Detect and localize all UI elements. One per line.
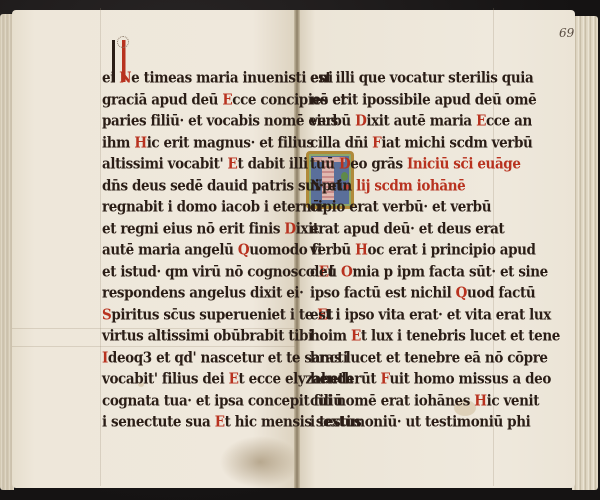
rubric-text: E [351, 327, 361, 344]
script-text: ic venit [487, 392, 539, 409]
rubric-text: D [339, 155, 350, 172]
script-text: tuū [310, 155, 339, 172]
script-text: cognata tua· et ipsa concepit filiū [102, 392, 343, 409]
script-text: altissimi vocabit' [102, 155, 228, 172]
script-text: nō erit ipossibile apud deū omē [310, 91, 536, 108]
script-text: graciā apud deū [102, 91, 222, 108]
script-text: mia p ipm facta sūt· et sine [352, 263, 548, 280]
manuscript-line: bras lucet et tenebre eā nō cōpre [310, 347, 510, 370]
script-text: ei [102, 69, 119, 86]
manuscript-line: i senectute sua Et hic mensis sextus [102, 411, 292, 434]
rubric-text: Q [238, 241, 249, 258]
script-text: dn̄s deus sedē dauid patris sui· et [102, 177, 342, 194]
rubric-text: D [284, 220, 295, 237]
script-text: vocabit' filius dei [102, 370, 229, 387]
script-text: erat apud deū· et deus erat [310, 220, 504, 237]
left-page-text: ei Ne timeas maria inuenisti enigraciā a… [102, 68, 292, 434]
script-text: henderūt [310, 370, 381, 387]
script-text: uod factū [467, 284, 535, 301]
manuscript-line: ei Ne timeas maria inuenisti eni [102, 67, 292, 90]
script-text: uit homo missus a deo [389, 370, 551, 387]
script-text: cilla dn̄i [310, 134, 372, 151]
script-text: Nprin [310, 177, 356, 194]
script-text: respondens angelus dixit ei· [102, 284, 303, 301]
script-text: eo grās [350, 155, 407, 172]
script-text: bras lucet et tenebre eā nō cōpre [310, 349, 548, 366]
rubric-text: Q [456, 284, 467, 301]
script-text: regnabit i domo iacob i eternū· [102, 198, 325, 215]
script-text: ic erit magnus· et filius [147, 134, 314, 151]
manuscript-line: ipso factū est nichil Quod factū [310, 282, 510, 305]
manuscript-line: cui nomē erat iohānes Hic venit [310, 390, 510, 413]
script-text: paries filiū· et vocabis nomē eius [102, 112, 338, 129]
rubric-text: N [119, 69, 131, 86]
script-text: verbū [310, 112, 355, 129]
manuscript-line: autē maria angelū Quomodo fi [102, 239, 292, 262]
manuscript-line: verbū Hoc erat i principio apud [310, 239, 510, 262]
script-text: t dabit illi [237, 155, 307, 172]
right-page-edges [572, 16, 598, 490]
script-text: et regni eius nō erit finis [102, 220, 284, 237]
rubric-text: D [355, 112, 366, 129]
manuscript-line: deū Omia p ipm facta sūt· et sine [310, 261, 510, 284]
ruling-line-vertical-left [100, 8, 101, 486]
rubric-text: lij scdm iohānē [356, 177, 465, 194]
manuscript-line: Nprin lij scdm iohānē [310, 175, 510, 198]
manuscript-line: ihm Hic erit magnus· et filius [102, 132, 292, 155]
rubric-text: E [229, 370, 239, 387]
script-text: t lux i tenebris lucet et tene [361, 327, 560, 344]
manuscript-line: cipio erat verbū· et verbū [310, 196, 510, 219]
script-text: est illi que vocatur sterilis quia [310, 69, 533, 86]
manuscript-line: erat apud deū· et deus erat [310, 218, 510, 241]
manuscript-line: nō erit ipossibile apud deū omē [310, 89, 510, 112]
script-text: oc erat i principio apud [367, 241, 535, 258]
script-text: virtus altissimi obūbrabit tibi [102, 327, 313, 344]
rubric-text: S [102, 306, 111, 323]
manuscript-line: tuū Deo grās Iniciū sc̄i euāge [310, 153, 510, 176]
script-text: piritus sc̄us superueniet i te [111, 306, 317, 323]
manuscript-line: et regni eius nō erit finis Dixit [102, 218, 292, 241]
manuscript-line: vocabit' filius dei Et ecce elyzabeth [102, 368, 292, 391]
rubric-text: Iniciū sc̄i euāge [407, 155, 521, 172]
rubric-text: E [228, 155, 238, 172]
manuscript-line: cilla dn̄i Fiat michi scdm verbū [310, 132, 510, 155]
manuscript-line: est i ipso vita erat· et vita erat lux [310, 304, 510, 327]
manuscript-line: i testimoniū· ut testimoniū phi [310, 411, 510, 434]
script-text: deū [310, 263, 341, 280]
manuscript-line: dn̄s deus sedē dauid patris sui· et [102, 175, 292, 198]
rubric-text: H [355, 241, 367, 258]
manuscript-line: paries filiū· et vocabis nomē eius [102, 110, 292, 133]
manuscript-line: et istud· qm virū nō cognosco Et [102, 261, 292, 284]
rubric-text: E [476, 112, 486, 129]
manuscript-line: cognata tua· et ipsa concepit filiū [102, 390, 292, 413]
script-text: autē maria angelū [102, 241, 238, 258]
script-text: i testimoniū· ut testimoniū phi [310, 413, 530, 430]
open-manuscript: 69 ei Ne timeas maria inuenisti enigraci… [0, 8, 600, 492]
folio-number: 69 [559, 26, 574, 40]
script-text: et istud· qm virū nō cognosco [102, 263, 319, 280]
manuscript-line: verbū Dixit autē maria Ecce an [310, 110, 510, 133]
manuscript-line: altissimi vocabit' Et dabit illi [102, 153, 292, 176]
manuscript-line: henderūt Fuit homo missus a deo [310, 368, 510, 391]
script-text: iat michi scdm verbū [381, 134, 532, 151]
script-text: ihm [102, 134, 134, 151]
rubric-text: H [474, 392, 486, 409]
rubric-text: E [215, 413, 225, 430]
manuscript-line: hoim Et lux i tenebris lucet et tene [310, 325, 510, 348]
script-text: i senectute sua [102, 413, 215, 430]
script-text: cce an [486, 112, 532, 129]
script-text: est i ipso vita erat· et vita erat lux [310, 306, 551, 323]
manuscript-line: graciā apud deū Ecce concipies et [102, 89, 292, 112]
rubric-text: H [134, 134, 146, 151]
manuscript-line: est illi que vocatur sterilis quia [310, 67, 510, 90]
manuscript-line: Ideoq3 et qd' nascetur et te sancti [102, 347, 292, 370]
rubric-text: O [341, 263, 352, 280]
rubric-text: F [372, 134, 381, 151]
manuscript-line: respondens angelus dixit ei· [102, 282, 292, 305]
manuscript-line: virtus altissimi obūbrabit tibi [102, 325, 292, 348]
script-text: ixit autē maria [366, 112, 476, 129]
script-text: e timeas maria inuenisti eni [131, 69, 333, 86]
manuscript-line: Spiritus sc̄us superueniet i te Et [102, 304, 292, 327]
script-text: cui nomē erat iohānes [310, 392, 474, 409]
script-text: hoim [310, 327, 351, 344]
manuscript-line: regnabit i domo iacob i eternū· [102, 196, 292, 219]
script-text: ipso factū est nichil [310, 284, 456, 301]
script-text: cipio erat verbū· et verbū [310, 198, 491, 215]
script-text: verbū [310, 241, 355, 258]
rubric-text: E [222, 91, 232, 108]
right-page-text: est illi que vocatur sterilis quianō eri… [310, 68, 510, 434]
